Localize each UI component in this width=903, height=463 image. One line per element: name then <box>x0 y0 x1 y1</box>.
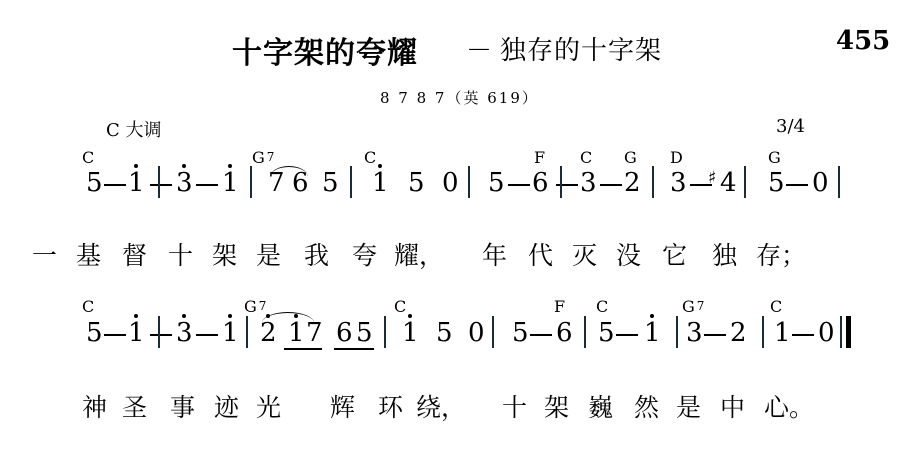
duration-dash <box>196 184 218 186</box>
chord-symbol: D <box>670 148 683 167</box>
lyric-syllable: 十 <box>502 388 527 424</box>
bar-line <box>158 166 160 198</box>
chord-symbol: C <box>82 297 94 316</box>
chord-symbol: G <box>768 148 781 167</box>
lyric-syllable: 存； <box>756 236 806 272</box>
bar-line <box>762 316 764 348</box>
lyric-syllable: 辉 <box>330 388 355 424</box>
lyric-syllable: 没 <box>616 236 641 272</box>
note: 3 <box>176 168 193 198</box>
lyric-syllable: 基 <box>76 236 101 272</box>
lyric-syllable: 绕， <box>416 388 466 424</box>
lyric-syllable: 是 <box>676 388 701 424</box>
lyric-syllable: 光 <box>256 388 281 424</box>
lyric-syllable: 架 <box>212 236 237 272</box>
high-octave-dot <box>134 164 138 168</box>
lyric-syllable: 架 <box>544 388 569 424</box>
note: 5 <box>322 168 339 198</box>
note: 0 <box>818 318 835 348</box>
duration-dash <box>792 334 814 336</box>
note: 5 <box>512 318 529 348</box>
lyric-syllable: 我 <box>304 236 329 272</box>
lyric-syllable: 耀， <box>394 236 444 272</box>
title-main: 十字架的夸耀 <box>232 28 418 72</box>
note: 1 <box>128 318 145 348</box>
duration-dash <box>196 334 218 336</box>
high-octave-dot <box>378 164 382 168</box>
note: 5 <box>768 168 785 198</box>
bar-line <box>384 316 386 348</box>
duration-dash <box>150 334 172 336</box>
chord-symbol: F <box>534 148 545 167</box>
bar-line <box>560 166 562 198</box>
eighth-underline <box>334 348 374 350</box>
lyric-syllable: 代 <box>528 236 553 272</box>
note: 6 <box>336 318 353 348</box>
note: 3 <box>176 318 193 348</box>
note: 3 <box>670 168 687 198</box>
chord-symbol: G <box>624 148 637 167</box>
note: 1 <box>222 318 239 348</box>
lyric-syllable: 神 <box>82 388 107 424</box>
duration-dash <box>508 184 530 186</box>
lyric-syllable: 是 <box>256 236 281 272</box>
high-octave-dot <box>228 164 232 168</box>
bar-line <box>840 316 842 348</box>
chord-symbol: G7 <box>252 148 274 167</box>
lyric-syllable: 中 <box>720 388 745 424</box>
note: 6 <box>556 318 573 348</box>
chord-symbol: G7 <box>682 297 704 316</box>
duration-dash <box>786 184 808 186</box>
note: 3 <box>580 168 597 198</box>
lyric-syllable: 一 <box>32 236 57 272</box>
lyric-syllable: 它 <box>662 236 687 272</box>
lyric-syllable: 督 <box>122 236 147 272</box>
bar-line <box>246 316 248 348</box>
bar-line <box>250 166 252 198</box>
chord-symbol: C <box>770 297 782 316</box>
note: 5 <box>488 168 505 198</box>
lyric-syllable: 灭 <box>572 236 597 272</box>
note: 2 <box>730 318 747 348</box>
duration-dash <box>530 334 552 336</box>
meter-label: 8 7 8 7（英 619） <box>380 87 539 108</box>
lyric-syllable: 年 <box>482 236 507 272</box>
lyric-syllable: 巍 <box>588 388 613 424</box>
note: 1 <box>372 168 389 198</box>
note: 6 <box>532 168 549 198</box>
note: 0 <box>812 168 829 198</box>
sharp-icon: ♯ <box>708 168 716 188</box>
lyric-syllable: 心。 <box>764 388 814 424</box>
duration-dash <box>104 184 126 186</box>
time-signature: 3/4 <box>776 116 805 137</box>
bar-line <box>158 316 160 348</box>
note: 1 <box>222 168 239 198</box>
lyric-syllable: 圣 <box>122 388 147 424</box>
note: 1 <box>128 168 145 198</box>
note: 4 <box>720 168 737 198</box>
chord-symbol: C <box>82 148 94 167</box>
duration-dash <box>616 334 638 336</box>
chord-symbol: C <box>580 148 592 167</box>
bar-line <box>468 166 470 198</box>
note: 5 <box>86 318 103 348</box>
note: 5 <box>408 168 425 198</box>
chord-symbol: G7 <box>244 297 266 316</box>
high-octave-dot <box>228 314 232 318</box>
duration-dash <box>600 184 622 186</box>
note: 5 <box>86 168 103 198</box>
note: 0 <box>468 318 485 348</box>
chord-symbol: C <box>394 297 406 316</box>
chord-symbol: F <box>554 297 565 316</box>
final-bar-line <box>846 316 851 348</box>
bar-line <box>492 316 494 348</box>
note: 5 <box>356 318 373 348</box>
high-octave-dot <box>182 164 186 168</box>
high-octave-dot <box>134 314 138 318</box>
hymn-number: 455 <box>836 26 890 56</box>
note: 2 <box>624 168 641 198</box>
note: 3 <box>686 318 703 348</box>
note: 1 <box>402 318 419 348</box>
note: 1 <box>644 318 661 348</box>
note: 5 <box>598 318 615 348</box>
note: 1 <box>774 318 791 348</box>
title-dash: － <box>466 30 492 67</box>
note: 5 <box>436 318 453 348</box>
key-signature: C 大调 <box>106 116 162 142</box>
note: 0 <box>442 168 459 198</box>
lyric-syllable: 夸 <box>352 236 377 272</box>
lyric-syllable: 环 <box>378 388 403 424</box>
duration-dash <box>704 334 726 336</box>
bar-line <box>652 166 654 198</box>
high-octave-dot <box>408 314 412 318</box>
bar-line <box>838 166 840 198</box>
lyric-syllable: 然 <box>634 388 659 424</box>
high-octave-dot <box>182 314 186 318</box>
slur <box>262 312 314 323</box>
chord-symbol: C <box>596 297 608 316</box>
lyric-syllable: 迹 <box>214 388 239 424</box>
bar-line <box>584 316 586 348</box>
lyric-syllable: 独 <box>712 236 737 272</box>
title-subtitle: 独存的十字架 <box>500 30 662 67</box>
lyric-syllable: 事 <box>170 388 195 424</box>
bar-line <box>350 166 352 198</box>
bar-line <box>744 166 746 198</box>
eighth-underline <box>284 348 322 350</box>
duration-dash <box>104 334 126 336</box>
lyric-syllable: 十 <box>168 236 193 272</box>
bar-line <box>676 316 678 348</box>
high-octave-dot <box>650 314 654 318</box>
duration-dash <box>150 184 172 186</box>
chord-symbol: C <box>364 148 376 167</box>
